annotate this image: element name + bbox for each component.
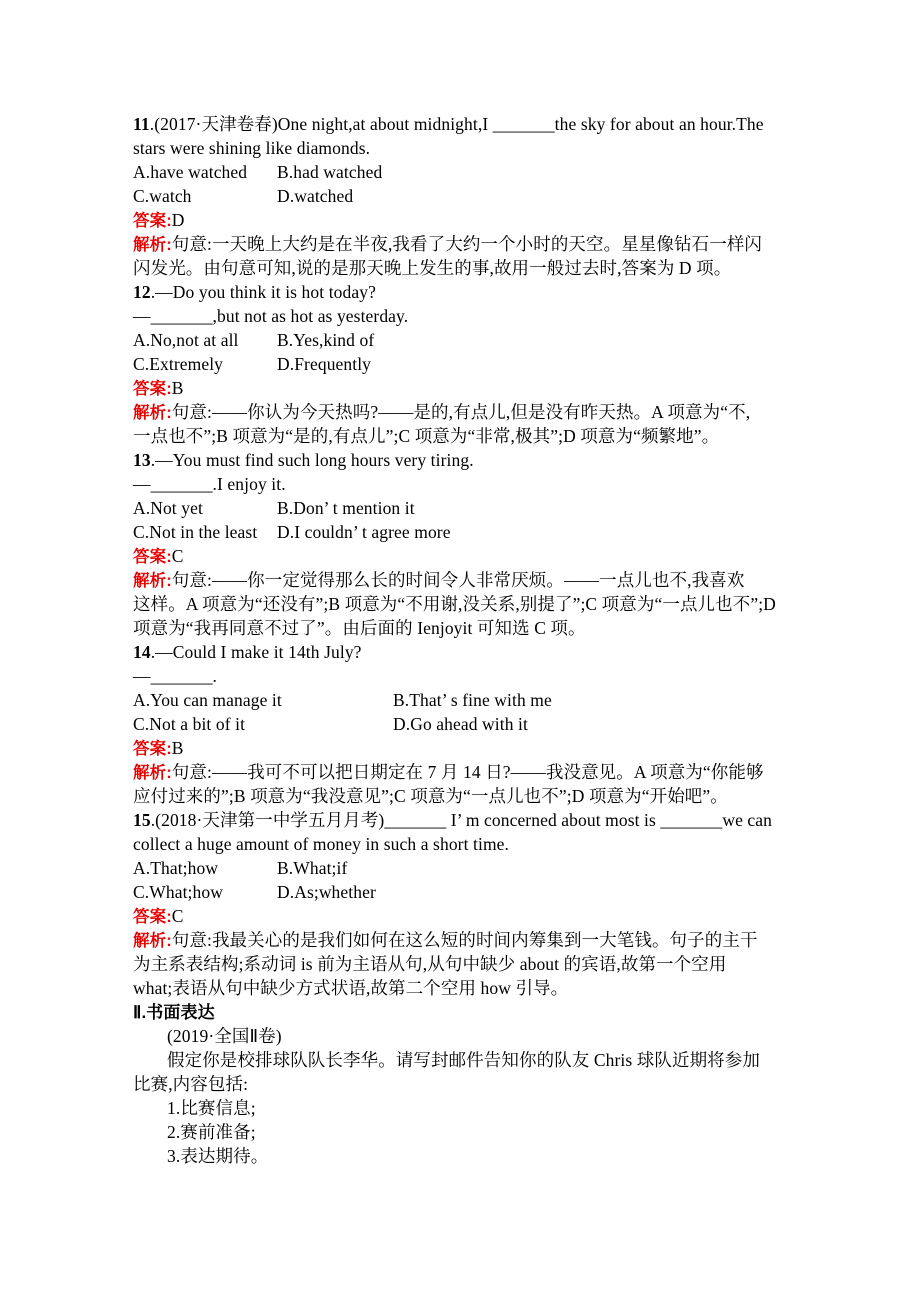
q12-options-row-2: C.ExtremelyD.Frequently xyxy=(133,352,823,376)
q14-options-row-1-seg-1-text: B.That’ s fine with me xyxy=(393,690,552,710)
q14-options-row-1: A.You can manage itB.That’ s fine with m… xyxy=(133,688,823,712)
q15-line-1: 15.(2018·天津第一中学五月月考)_______ I’ m concern… xyxy=(133,808,823,832)
q14-analysis-line-1-seg-0-label: 解析: xyxy=(133,764,172,782)
q15-line-2-seg-0-text: collect a huge amount of money in such a… xyxy=(133,834,509,854)
writing-point-2: 2.赛前准备; xyxy=(133,1120,823,1144)
q15-analysis-line-3-seg-0-text: what;表语从句中缺少方式状语,故第二个空用 how 引导。 xyxy=(133,978,568,998)
q11-analysis-line-1: 解析:句意:一天晚上大约是在半夜,我看了大约一个小时的天空。星星像钻石一样闪 xyxy=(133,232,823,256)
q13-analysis-line-1: 解析:句意:——你一定觉得那么长的时间令人非常厌烦。——一点儿也不,我喜欢 xyxy=(133,568,823,592)
q11-line-1-seg-0-text: 11 xyxy=(133,114,150,134)
q12-line-1: 12.—Do you think it is hot today? xyxy=(133,280,823,304)
q11-options-row-1-seg-0-text: A.have watched xyxy=(133,160,277,184)
q11-answer-seg-0-label: 答案: xyxy=(133,212,172,230)
section-2-heading-seg-0-text: Ⅱ.书面表达 xyxy=(133,1003,215,1022)
q11-line-2-seg-0-text: stars were shining like diamonds. xyxy=(133,138,370,158)
q13-answer-seg-1-text: C xyxy=(172,546,184,566)
q13-line-1-seg-0-text: 13 xyxy=(133,450,151,470)
q11-line-2: stars were shining like diamonds. xyxy=(133,136,823,160)
q15-options-row-1-seg-1-text: B.What;if xyxy=(277,858,347,878)
q15-analysis-line-1: 解析:句意:我最关心的是我们如何在这么短的时间内筹集到一大笔钱。句子的主干 xyxy=(133,928,823,952)
q12-options-row-1-seg-1-text: B.Yes,kind of xyxy=(277,330,374,350)
q12-options-row-2-seg-1-text: D.Frequently xyxy=(277,354,371,374)
q14-line-1: 14.—Could I make it 14th July? xyxy=(133,640,823,664)
q11-answer: 答案:D xyxy=(133,208,823,232)
q13-line-2-seg-0-text: —_______.I enjoy it. xyxy=(133,474,286,494)
q12-analysis-line-2: 一点也不”;B 项意为“是的,有点儿”;C 项意为“非常,极其”;D 项意为“频… xyxy=(133,424,823,448)
q12-line-2: —_______,but not as hot as yesterday. xyxy=(133,304,823,328)
q11-analysis-line-1-seg-1-text: 句意:一天晚上大约是在半夜,我看了大约一个小时的天空。星星像钻石一样闪 xyxy=(172,234,762,254)
q15-line-1-seg-0-text: 15 xyxy=(133,810,151,830)
q12-options-row-1-seg-0-text: A.No,not at all xyxy=(133,328,277,352)
q15-options-row-1-seg-0-text: A.That;how xyxy=(133,856,277,880)
q12-line-1-seg-0-text: 12 xyxy=(133,282,151,302)
q12-options-row-1: A.No,not at allB.Yes,kind of xyxy=(133,328,823,352)
q14-options-row-1-seg-0-text: A.You can manage it xyxy=(133,688,393,712)
q15-options-row-1: A.That;howB.What;if xyxy=(133,856,823,880)
q15-answer-seg-1-text: C xyxy=(172,906,184,926)
q14-answer-seg-0-label: 答案: xyxy=(133,740,172,758)
q14-line-1-seg-0-text: 14 xyxy=(133,642,151,662)
q11-options-row-2-seg-1-text: D.watched xyxy=(277,186,353,206)
writing-prompt-line-1-seg-0-text: 假定你是校排球队队长李华。请写封邮件告知你的队友 Chris 球队近期将参加 xyxy=(167,1050,760,1070)
writing-prompt-line-1: 假定你是校排球队队长李华。请写封邮件告知你的队友 Chris 球队近期将参加 xyxy=(133,1048,823,1072)
q11-line-1: 11.(2017·天津卷春)One night,at about midnigh… xyxy=(133,112,823,136)
q14-analysis-line-1: 解析:句意:——我可不可以把日期定在 7 月 14 日?——我没意见。A 项意为… xyxy=(133,760,823,784)
q11-options-row-1-seg-1-text: B.had watched xyxy=(277,162,382,182)
q12-answer: 答案:B xyxy=(133,376,823,400)
q14-options-row-2-seg-1-text: D.Go ahead with it xyxy=(393,714,528,734)
q14-line-2-seg-0-text: —_______. xyxy=(133,666,217,686)
q15-analysis-line-2: 为主系表结构;系动词 is 前为主语从句,从句中缺少 about 的宾语,故第一… xyxy=(133,952,823,976)
q12-line-2-seg-0-text: —_______,but not as hot as yesterday. xyxy=(133,306,408,326)
q15-analysis-line-1-seg-1-text: 句意:我最关心的是我们如何在这么短的时间内筹集到一大笔钱。句子的主干 xyxy=(172,930,758,950)
section-2-source: (2019·全国Ⅱ卷) xyxy=(133,1024,823,1048)
section-2-source-seg-0-text: (2019·全国Ⅱ卷) xyxy=(167,1026,282,1046)
worksheet-page: 11.(2017·天津卷春)One night,at about midnigh… xyxy=(0,0,920,1302)
q12-answer-seg-0-label: 答案: xyxy=(133,380,172,398)
q12-analysis-line-1: 解析:句意:——你认为今天热吗?——是的,有点儿,但是没有昨天热。A 项意为“不… xyxy=(133,400,823,424)
q13-answer-seg-0-label: 答案: xyxy=(133,548,172,566)
q14-analysis-line-2: 应付过来的”;B 项意为“我没意见”;C 项意为“一点儿也不”;D 项意为“开始… xyxy=(133,784,823,808)
q13-analysis-line-2: 这样。A 项意为“还没有”;B 项意为“不用谢,没关系,别提了”;C 项意为“一… xyxy=(133,592,823,616)
q11-analysis-line-1-seg-0-label: 解析: xyxy=(133,236,172,254)
q13-analysis-line-3-seg-0-text: 项意为“我再同意不过了”。由后面的 Ienjoyit 可知选 C 项。 xyxy=(133,618,586,638)
q15-options-row-2-seg-0-text: C.What;how xyxy=(133,880,277,904)
document-body: 11.(2017·天津卷春)One night,at about midnigh… xyxy=(133,112,823,1168)
q15-analysis-line-3: what;表语从句中缺少方式状语,故第二个空用 how 引导。 xyxy=(133,976,823,1000)
q15-options-row-2-seg-1-text: D.As;whether xyxy=(277,882,376,902)
q13-options-row-1-seg-1-text: B.Don’ t mention it xyxy=(277,498,415,518)
q13-line-1: 13.—You must find such long hours very t… xyxy=(133,448,823,472)
q15-answer: 答案:C xyxy=(133,904,823,928)
writing-point-2-seg-0-text: 2.赛前准备; xyxy=(167,1122,256,1142)
q11-options-row-2-seg-0-text: C.watch xyxy=(133,184,277,208)
q15-line-2: collect a huge amount of money in such a… xyxy=(133,832,823,856)
q13-options-row-1-seg-0-text: A.Not yet xyxy=(133,496,277,520)
q13-analysis-line-1-seg-1-text: 句意:——你一定觉得那么长的时间令人非常厌烦。——一点儿也不,我喜欢 xyxy=(172,570,745,590)
q13-analysis-line-2-seg-0-text: 这样。A 项意为“还没有”;B 项意为“不用谢,没关系,别提了”;C 项意为“一… xyxy=(133,594,776,614)
writing-point-3-seg-0-text: 3.表达期待。 xyxy=(167,1146,268,1166)
q13-analysis-line-1-seg-0-label: 解析: xyxy=(133,572,172,590)
q15-options-row-2: C.What;howD.As;whether xyxy=(133,880,823,904)
q15-answer-seg-0-label: 答案: xyxy=(133,908,172,926)
q14-answer-seg-1-text: B xyxy=(172,738,184,758)
q12-analysis-line-2-seg-0-text: 一点也不”;B 项意为“是的,有点儿”;C 项意为“非常,极其”;D 项意为“频… xyxy=(133,426,719,446)
q11-options-row-2: C.watchD.watched xyxy=(133,184,823,208)
q13-line-1-seg-1-text: .—You must find such long hours very tir… xyxy=(151,450,474,470)
q13-line-2: —_______.I enjoy it. xyxy=(133,472,823,496)
q13-options-row-2-seg-0-text: C.Not in the least xyxy=(133,520,277,544)
section-2-heading: Ⅱ.书面表达 xyxy=(133,1000,823,1024)
q13-answer: 答案:C xyxy=(133,544,823,568)
q14-line-1-seg-1-text: .—Could I make it 14th July? xyxy=(151,642,362,662)
q14-analysis-line-2-seg-0-text: 应付过来的”;B 项意为“我没意见”;C 项意为“一点儿也不”;D 项意为“开始… xyxy=(133,786,728,806)
q15-analysis-line-2-seg-0-text: 为主系表结构;系动词 is 前为主语从句,从句中缺少 about 的宾语,故第一… xyxy=(133,954,726,974)
q11-analysis-line-2-seg-0-text: 闪发光。由句意可知,说的是那天晚上发生的事,故用一般过去时,答案为 D 项。 xyxy=(133,258,731,278)
q12-analysis-line-1-seg-1-text: 句意:——你认为今天热吗?——是的,有点儿,但是没有昨天热。A 项意为“不, xyxy=(172,402,750,422)
q11-options-row-1: A.have watchedB.had watched xyxy=(133,160,823,184)
q13-options-row-2-seg-1-text: D.I couldn’ t agree more xyxy=(277,522,451,542)
q11-analysis-line-2: 闪发光。由句意可知,说的是那天晚上发生的事,故用一般过去时,答案为 D 项。 xyxy=(133,256,823,280)
q12-answer-seg-1-text: B xyxy=(172,378,184,398)
q11-answer-seg-1-text: D xyxy=(172,210,185,230)
writing-prompt-line-2: 比赛,内容包括: xyxy=(133,1072,823,1096)
q14-analysis-line-1-seg-1-text: 句意:——我可不可以把日期定在 7 月 14 日?——我没意见。A 项意为“你能… xyxy=(172,762,764,782)
q14-answer: 答案:B xyxy=(133,736,823,760)
q13-options-row-2: C.Not in the leastD.I couldn’ t agree mo… xyxy=(133,520,823,544)
writing-point-1: 1.比赛信息; xyxy=(133,1096,823,1120)
writing-point-3: 3.表达期待。 xyxy=(133,1144,823,1168)
q12-options-row-2-seg-0-text: C.Extremely xyxy=(133,352,277,376)
q14-options-row-2-seg-0-text: C.Not a bit of it xyxy=(133,712,393,736)
q14-line-2: —_______. xyxy=(133,664,823,688)
writing-point-1-seg-0-text: 1.比赛信息; xyxy=(167,1098,256,1118)
q15-analysis-line-1-seg-0-label: 解析: xyxy=(133,932,172,950)
q13-analysis-line-3: 项意为“我再同意不过了”。由后面的 Ienjoyit 可知选 C 项。 xyxy=(133,616,823,640)
q12-line-1-seg-1-text: .—Do you think it is hot today? xyxy=(151,282,376,302)
q11-line-1-seg-1-text: .(2017·天津卷春)One night,at about midnight,… xyxy=(150,114,764,134)
q14-options-row-2: C.Not a bit of itD.Go ahead with it xyxy=(133,712,823,736)
writing-prompt-line-2-seg-0-text: 比赛,内容包括: xyxy=(133,1074,248,1094)
q12-analysis-line-1-seg-0-label: 解析: xyxy=(133,404,172,422)
q15-line-1-seg-1-text: .(2018·天津第一中学五月月考)_______ I’ m concerned… xyxy=(151,810,772,830)
q13-options-row-1: A.Not yetB.Don’ t mention it xyxy=(133,496,823,520)
